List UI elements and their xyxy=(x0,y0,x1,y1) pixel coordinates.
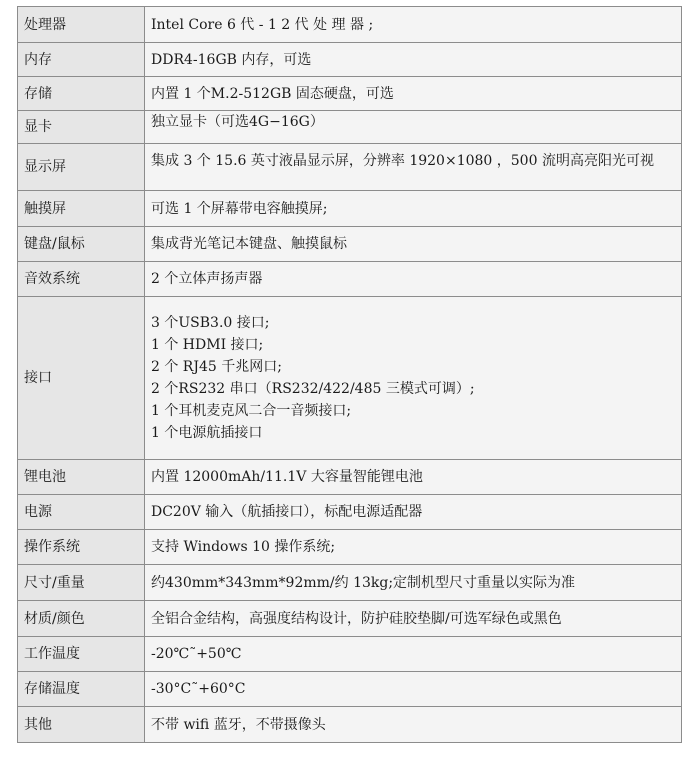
row-label: 电源 xyxy=(18,495,145,530)
row-label: 锂电池 xyxy=(18,460,145,495)
table-row-gpu: 显卡 独立显卡（可选4G−16G） xyxy=(18,111,682,144)
row-value: DC20V 输入（航插接口），标配电源适配器 xyxy=(145,495,682,530)
row-value: 2 个立体声扬声器 xyxy=(145,262,682,297)
table-row-material-color: 材质/颜色 全铝合金结构，高强度结构设计，防护硅胶垫脚/可选军绿色或黑色 xyxy=(18,601,682,637)
table-row-audio: 音效系统 2 个立体声扬声器 xyxy=(18,262,682,297)
table-row-storage: 存储 内置 1 个M.2-512GB 固态硬盘，可选 xyxy=(18,77,682,111)
row-value: 内置 1 个M.2-512GB 固态硬盘，可选 xyxy=(145,77,682,111)
table-row-storage-temp: 存储温度 -30°C˜+60°C xyxy=(18,672,682,707)
row-label: 存储温度 xyxy=(18,672,145,707)
table-row-touchscreen: 触摸屏 可选 1 个屏幕带电容触摸屏; xyxy=(18,191,682,227)
port-line: 1 个电源航插接口 xyxy=(151,422,675,444)
port-line: 1 个耳机麦克风二合一音频接口; xyxy=(151,400,675,422)
row-label: 显卡 xyxy=(18,111,145,144)
row-label: 其他 xyxy=(18,707,145,743)
row-value: 集成 3 个 15.6 英寸液晶显示屏，分辨率 1920×1080 ，500 流… xyxy=(145,144,682,191)
table-row-other: 其他 不带 wifi 蓝牙，不带摄像头 xyxy=(18,707,682,743)
row-label: 接口 xyxy=(18,297,145,460)
row-value: 独立显卡（可选4G−16G） xyxy=(145,111,682,144)
row-label: 处理器 xyxy=(18,7,145,43)
table-row-memory: 内存 DDR4-16GB 内存，可选 xyxy=(18,43,682,77)
port-line: 1 个 HDMI 接口; xyxy=(151,334,675,356)
table-row-display: 显示屏 集成 3 个 15.6 英寸液晶显示屏，分辨率 1920×1080 ，5… xyxy=(18,144,682,191)
row-value: DDR4-16GB 内存，可选 xyxy=(145,43,682,77)
table-row-ports: 接口 3 个USB3.0 接口; 1 个 HDMI 接口; 2 个 RJ45 千… xyxy=(18,297,682,460)
row-value: 全铝合金结构，高强度结构设计，防护硅胶垫脚/可选军绿色或黑色 xyxy=(145,601,682,637)
row-label: 操作系统 xyxy=(18,530,145,565)
row-label: 工作温度 xyxy=(18,637,145,672)
row-value: 内置 12000mAh/11.1V 大容量智能锂电池 xyxy=(145,460,682,495)
row-value: 可选 1 个屏幕带电容触摸屏; xyxy=(145,191,682,227)
row-label: 触摸屏 xyxy=(18,191,145,227)
row-label: 内存 xyxy=(18,43,145,77)
table-row-power: 电源 DC20V 输入（航插接口），标配电源适配器 xyxy=(18,495,682,530)
port-line: 2 个 RJ45 千兆网口; xyxy=(151,356,675,378)
row-value: -30°C˜+60°C xyxy=(145,672,682,707)
table-row-operating-temp: 工作温度 -20℃˜+50℃ xyxy=(18,637,682,672)
table-row-size-weight: 尺寸/重量 约430mm*343mm*92mm/约 13kg;定制机型尺寸重量以… xyxy=(18,565,682,601)
spec-table: 处理器 Intel Core 6 代 - 1 2 代 处 理 器 ; 内存 DD… xyxy=(17,6,682,743)
row-label: 尺寸/重量 xyxy=(18,565,145,601)
row-label: 键盘/鼠标 xyxy=(18,227,145,262)
table-row-battery: 锂电池 内置 12000mAh/11.1V 大容量智能锂电池 xyxy=(18,460,682,495)
row-value: Intel Core 6 代 - 1 2 代 处 理 器 ; xyxy=(145,7,682,43)
row-value: -20℃˜+50℃ xyxy=(145,637,682,672)
row-label: 显示屏 xyxy=(18,144,145,191)
row-value: 集成背光笔记本键盘、触摸鼠标 xyxy=(145,227,682,262)
row-value: 约430mm*343mm*92mm/约 13kg;定制机型尺寸重量以实际为准 xyxy=(145,565,682,601)
row-value: 支持 Windows 10 操作系统; xyxy=(145,530,682,565)
row-label: 材质/颜色 xyxy=(18,601,145,637)
port-line: 2 个RS232 串口（RS232/422/485 三模式可调）; xyxy=(151,378,675,400)
table-row-keyboard-mouse: 键盘/鼠标 集成背光笔记本键盘、触摸鼠标 xyxy=(18,227,682,262)
table-row-os: 操作系统 支持 Windows 10 操作系统; xyxy=(18,530,682,565)
row-label: 存储 xyxy=(18,77,145,111)
port-line: 3 个USB3.0 接口; xyxy=(151,312,675,334)
row-value-ports: 3 个USB3.0 接口; 1 个 HDMI 接口; 2 个 RJ45 千兆网口… xyxy=(145,297,682,460)
table-row-cpu: 处理器 Intel Core 6 代 - 1 2 代 处 理 器 ; xyxy=(18,7,682,43)
row-label: 音效系统 xyxy=(18,262,145,297)
row-value: 不带 wifi 蓝牙，不带摄像头 xyxy=(145,707,682,743)
